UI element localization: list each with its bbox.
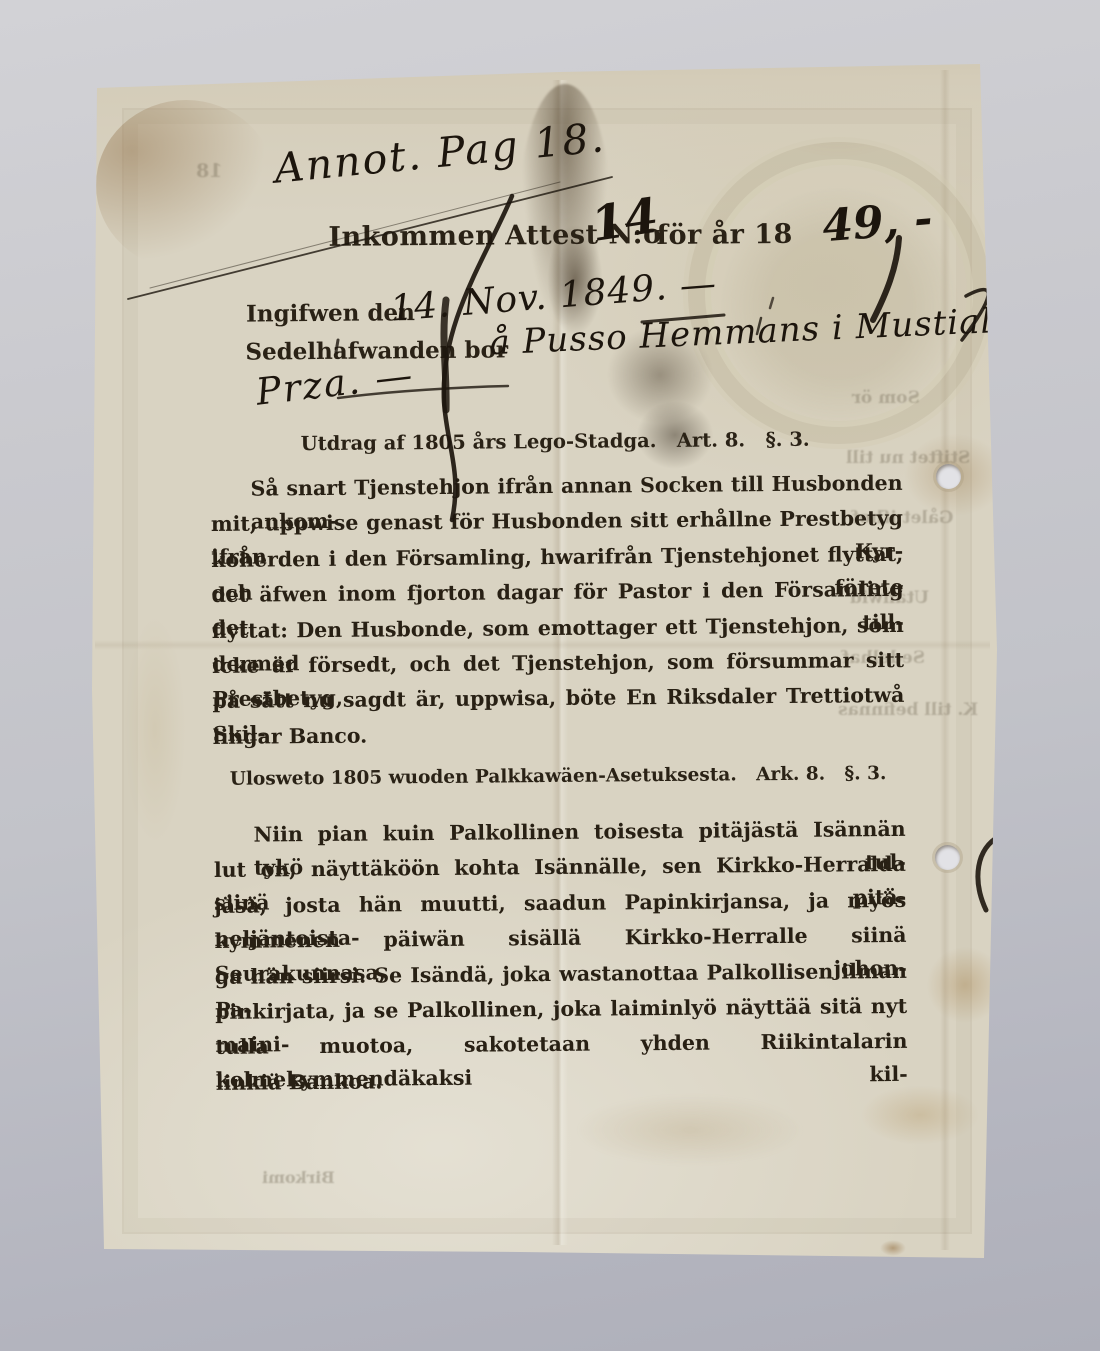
text-line: flyttat: Den Husbonde, som emottager ett…: [212, 608, 904, 649]
text-line: tulla muotoa, sakotetaan yhden Riikintal…: [215, 1025, 907, 1066]
text-line: det äfwen inom fjorton dagar för Pastor …: [211, 573, 903, 614]
text-line: lingar Banco.: [213, 715, 905, 756]
handwritten-attest-number: 14: [587, 188, 661, 253]
attest-year-label: för år 18: [656, 219, 793, 251]
handwritten-annotation: Annot. Pag 18.: [272, 113, 607, 193]
punch-hole: [935, 845, 960, 870]
swedish-paragraph: Så snart Tjenstehjon ifrån annan Socken …: [210, 467, 904, 756]
punch-hole: [936, 464, 961, 489]
text-line: icke är försedt, och det Tjenstehjon, so…: [212, 644, 904, 685]
finnish-paragraph: Niin pian kuin Palkollinen toisesta pitä…: [213, 813, 907, 1102]
document-content: Annot. Pag 18. Inkommen Attest N:o 14 fö…: [0, 0, 1100, 1351]
text-line: ga hän siirsi. Se Isändä, joka wastanott…: [215, 954, 907, 995]
text-line: jäsä, josta hän muutti, saadun Papinkirj…: [214, 884, 906, 925]
text-line: Så snart Tjenstehjon ifrån annan Socken …: [210, 467, 902, 508]
text-line: koherden i den Församling, hwarifrån Tje…: [211, 538, 903, 579]
text-line: Niin pian kuin Palkollinen toisesta pitä…: [213, 813, 905, 854]
text-line: på sätt nu sagdt är, uppwisa, böte En Ri…: [212, 679, 904, 720]
text-line: pinkirjata, ja se Palkollinen, joka laim…: [215, 990, 907, 1031]
text-line: mit, uppwise genast för Husbonden sitt e…: [211, 502, 903, 543]
text-line: lut on, näyttäköön kohta Isännälle, sen …: [214, 848, 906, 889]
finnish-section-heading: Ulosweto 1805 wuoden Palkkawäen-Asetukse…: [213, 763, 903, 790]
text-line: kymmenen päiwän sisällä Kirkko-Herralle …: [214, 919, 906, 960]
handwritten-attest-year: 49, -: [820, 193, 934, 252]
paper-sheet: 18 Som ör Stiftet nu till Gålet ifhof Ut…: [0, 0, 1100, 1351]
document-photo: 18 Som ör Stiftet nu till Gålet ifhof Ut…: [0, 0, 1100, 1351]
swedish-section-heading: Utdrag af 1805 års Lego-Stadga. Art. 8. …: [210, 427, 900, 456]
